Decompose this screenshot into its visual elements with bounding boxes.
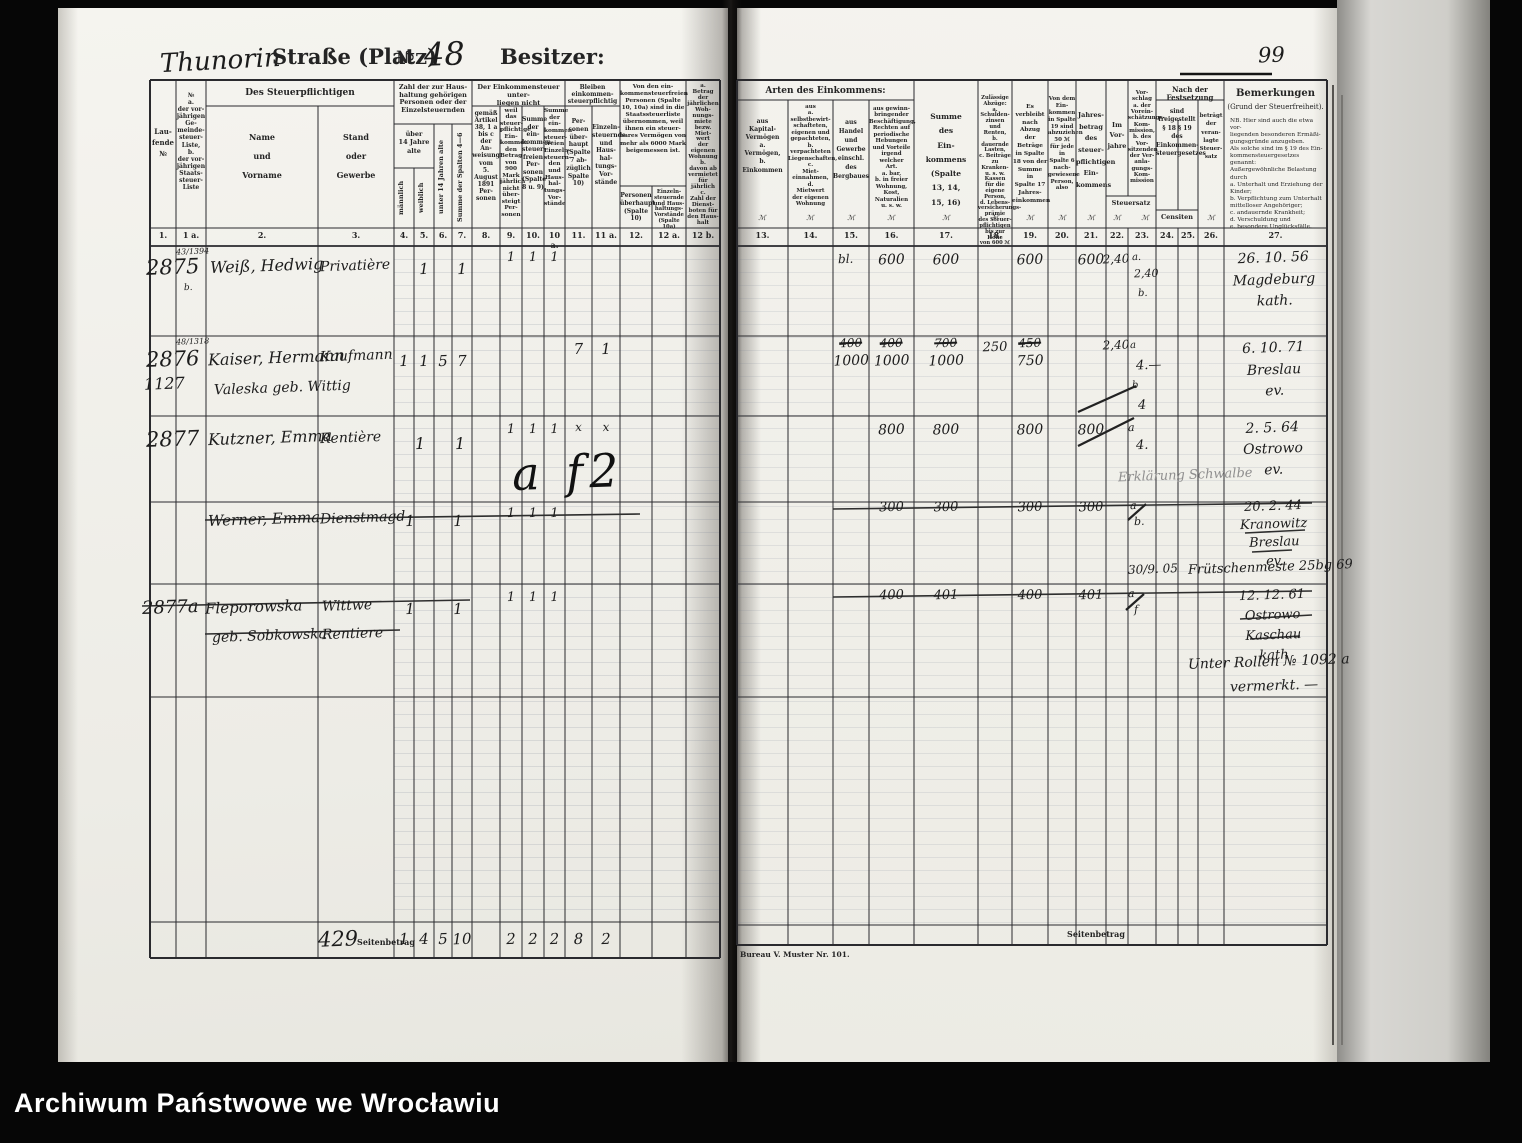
number-sign: № (396, 48, 414, 68)
col-header-weiblich: weiblich (417, 170, 425, 226)
row2-col16: 4001000 (868, 335, 914, 370)
house-number-handwritten: 48 (423, 29, 465, 78)
mark-symbol-21: ℳ (1085, 214, 1097, 222)
colnum-12: 12. (620, 230, 652, 240)
col-header-15: aus Handel und Gewerbe einschl. des Berg… (833, 118, 869, 181)
mark-symbol-20: ℳ (1056, 214, 1068, 222)
group-header-bleiben-pflichtig: Bleiben einkommen- steuerpflichtig (565, 84, 620, 106)
row3-col16: 800 (869, 419, 915, 442)
colnum-16: 16. (869, 230, 914, 240)
mark-symbol-18: ℳ (989, 214, 1001, 222)
colnum-26: 26. (1198, 230, 1224, 240)
col-header-name-vorname: Name und Vorname (206, 128, 318, 186)
col-header-16: aus gewinn- bringender Beschäftigung, Re… (869, 106, 914, 210)
row5-col23-b: f (1134, 602, 1139, 619)
colnum-6: 6. (434, 230, 452, 240)
col-header-27-bemerkungen-sub: (Grund der Steuerfreiheit). (1224, 103, 1327, 111)
row5-col17: 401 (914, 585, 979, 607)
archive-watermark: Archiwum Państwowe we Wrocławiu (14, 1088, 500, 1119)
mark-symbol-14: ℳ (804, 214, 816, 222)
row3-col17: 800 (914, 419, 979, 442)
colnum-24: 24. (1156, 230, 1178, 240)
page-number: 99 (1257, 40, 1285, 72)
row3-col21: 800 (1076, 419, 1107, 441)
row1-name: Weiß, Hedwig (210, 252, 324, 280)
row5-name2: geb. Sobkowska (212, 624, 328, 649)
colnum-10: 10. (522, 230, 544, 240)
row1-col23-b: b. (1138, 286, 1148, 301)
row3-col23-val: 4. (1136, 436, 1149, 456)
colnum-12b: 12 b. (686, 230, 720, 240)
mark-symbol-17: ℳ (940, 214, 952, 222)
row2-col23-b: b (1132, 378, 1139, 393)
col-header-9: weil das steuer- pflichtige Ein- kommen … (500, 108, 522, 218)
group-header-des-steuerpflichtigen: Des Steuerpflichtigen (206, 88, 394, 99)
colnum-1: 1. (150, 230, 176, 240)
row4-col10a: 1 (544, 504, 566, 524)
form-number: Bureau V. Muster Nr. 101. (740, 950, 880, 959)
row4-col23-b: b. (1134, 514, 1145, 531)
row5-lfd: 2877a (142, 593, 199, 622)
colnum-17: 17. (914, 230, 978, 240)
row1-remark: 26. 10. 56 Magdeburg kath. (1223, 246, 1325, 315)
col-header-unter-14: unter 14 Jahren alte (437, 128, 445, 226)
mark-symbol-15: ℳ (845, 214, 857, 222)
totals-col10a: 2 (544, 928, 566, 951)
row4-col23-a: a (1130, 498, 1137, 515)
totals-col9: 2 (500, 928, 523, 951)
row3-col19: 800 (1012, 419, 1049, 441)
col-header-maennlich: männlich (397, 170, 405, 226)
row4-col16: 300 (869, 497, 915, 518)
fine-ruled-grid-left (394, 246, 720, 920)
col-header-18: Zulässige Abzüge: a. Schulden- zinsen un… (978, 96, 1012, 247)
col-header-stand-gewerbe: Stand oder Gewerbe (318, 128, 394, 186)
group-header-uebernommen: Von den ein- kommensteuerfreien Personen… (620, 84, 686, 155)
row5-note2: vermerkt. — (1230, 674, 1319, 698)
row1-stand: Privatière (320, 255, 391, 278)
col-header-21: Jahres- betrag des steuer- pflichtigen E… (1076, 110, 1106, 192)
col-header-summe-4-6: Summe der Spalten 4—6 (456, 128, 464, 226)
page-stack-edge (1337, 0, 1490, 1062)
col-header-laufende-nr: Lau- fende № (150, 126, 176, 160)
row3-col7: 1 (450, 432, 471, 457)
row2-col15: 4001000 (832, 335, 869, 370)
row2-col6: 5 (434, 350, 453, 373)
row2-col23-a: a (1130, 338, 1136, 353)
row5-stand2: Rentiere (322, 623, 384, 646)
row2-col18: 250 (978, 337, 1013, 358)
colnum-1a: 1 a. (176, 230, 206, 240)
subgroup-header-ueber-14: über 14 Jahre alte (394, 130, 434, 155)
colnum-25: 25. (1178, 230, 1198, 240)
row5-col23-a: a (1128, 586, 1135, 603)
col-header-26: beträgt der veran- lagte Steuer- satz (1198, 112, 1224, 162)
row3-col11a-x: x (592, 418, 621, 437)
row3-col10: 1 (522, 420, 545, 440)
colnum-5: 5. (414, 230, 434, 240)
row5-col4: 1 (400, 598, 421, 621)
col-header-11: Per- sonen über- haupt (Spalte 7 ab- züg… (565, 118, 592, 188)
colnum-13: 13. (737, 230, 788, 240)
row1-col15: bl. (838, 250, 854, 269)
totals-label-right: Seitenbetrag (1066, 930, 1126, 940)
row2-col5: 1 (414, 350, 435, 373)
row3-stand: Rentière (320, 427, 382, 450)
row2-stand: Kaufmann (320, 345, 393, 369)
row1-col16: 600 (869, 249, 915, 272)
group-header-arten-des-einkommens: Arten des Einkommens: (737, 86, 914, 97)
colnum-8: 8. (472, 230, 500, 240)
totals-col4: 1 (394, 928, 415, 951)
col-header-20: Von dem Ein- kommen in Spalte 19 sind ab… (1048, 96, 1076, 192)
row1-col19: 600 (1012, 249, 1049, 271)
group-header-haushaltszahl: Zahl der zur Haus- haltung gehörigen Per… (394, 84, 472, 115)
colnum-14: 14. (788, 230, 833, 240)
row2-lfd2: 1127 (144, 371, 186, 396)
colnum-2: 2. (206, 230, 318, 240)
row2-col11: 7 (565, 338, 593, 361)
mark-symbol-22: ℳ (1111, 214, 1123, 222)
col-header-12: Personen überhaupt (Spalte 10) (620, 192, 652, 223)
row4-note-date: 30/9. 05 (1128, 559, 1178, 579)
subheader-steuersatz: Steuersatz (1106, 200, 1156, 208)
row4-name: Werner, Emma (208, 506, 321, 532)
row3-large-overlay-mark: a f2 (511, 436, 626, 509)
row3-col5: 1 (410, 432, 431, 457)
row1-col23-a: a. (1132, 250, 1142, 265)
totals-col7: 10 (452, 928, 473, 951)
row1-list-b: b. (184, 282, 193, 296)
mark-symbol-23: ℳ (1139, 214, 1151, 222)
row3-col23-a: a (1128, 420, 1135, 437)
row2-col7: 7 (452, 350, 473, 373)
colnum-23: 23. (1128, 230, 1156, 240)
row1-col9: 1 (500, 248, 523, 268)
col-header-23-vorschlag: Vor- schlag a. der Vorein- schätzungs- K… (1128, 90, 1156, 185)
row1-col10: 1 (522, 248, 545, 268)
totals-col5: 4 (414, 928, 435, 951)
row3-name: Kutzner, Emma (208, 424, 333, 452)
totals-col11: 8 (565, 928, 593, 951)
colnum-9: 9. (500, 230, 522, 240)
row4-col4: 1 (400, 510, 421, 533)
col-header-13: aus Kapital- Vermögen a. Vermögen, b. Ei… (737, 118, 788, 175)
colnum-11: 11. (565, 230, 592, 240)
row5-col9: 1 (500, 588, 523, 608)
owner-label: Besitzer: (500, 44, 605, 69)
col-header-19: Es verbleibt nach Abzug der Beträge in S… (1012, 104, 1048, 206)
row3-lfd: 2877 (145, 423, 200, 456)
row1-col7: 1 (452, 258, 473, 281)
colnum-20: 20. (1048, 230, 1076, 240)
row1-col10a: 1 (544, 248, 566, 268)
row1-col22: 2,40 (1102, 250, 1131, 269)
row2-col4: 1 (394, 350, 415, 373)
col-header-12b-wohnungsmiete: a. Betrag der jährlichen Woh- nungs- mie… (686, 84, 720, 227)
col-header-27-bemerkungen-title: Bemerkungen (1224, 88, 1327, 100)
row2-col23-val-a: 4.— (1136, 356, 1162, 376)
row3-col11-x: x (565, 418, 593, 437)
row5-col7: 1 (448, 598, 469, 621)
colnum-21: 21. (1076, 230, 1106, 240)
colnum-3: 3. (318, 230, 394, 240)
col-header-10: Summe der ein- kommen- steuer- freien Pe… (522, 116, 544, 191)
colnum-19: 19. (1012, 230, 1048, 240)
totals-col6: 5 (434, 928, 453, 951)
colnum-27: 27. (1224, 230, 1327, 240)
row5-col16: 400 (869, 585, 915, 606)
col-header-12a: Einzeln- steuernde und Haus- haltungs- V… (652, 190, 686, 231)
row2-col19: 450750 (1011, 335, 1048, 370)
mark-symbol-26: ℳ (1205, 214, 1217, 222)
street-name-handwritten: Thunorin (159, 39, 282, 84)
col-header-27-bemerkungen-text: NB. Hier sind auch die etwa vor- liegend… (1230, 118, 1324, 231)
row5-col21: 401 (1076, 585, 1107, 606)
colnum-4: 4. (394, 230, 414, 240)
row1-col23-val: 2,40 (1134, 266, 1159, 283)
row4-col10: 1 (522, 504, 545, 524)
colnum-11a: 11 a. (592, 230, 620, 240)
totals-col10: 2 (522, 928, 545, 951)
subheader-censiten: Censiten (1156, 214, 1198, 222)
col-header-8: gemäß Artikel 38, 1 a bis c der An- weis… (472, 110, 500, 202)
row4-col7: 1 (448, 510, 469, 533)
row4-col9: 1 (500, 504, 523, 524)
row2-list-no: 48/1318 (176, 335, 210, 348)
row2-col11a: 1 (592, 338, 621, 361)
mark-symbol-13: ℳ (756, 214, 768, 222)
mark-symbol-19: ℳ (1024, 214, 1036, 222)
col-header-24-25-freigestellt: sind freigestellt § 18 § 19 des Einkomme… (1156, 108, 1198, 158)
colnum-18: 18. (978, 230, 1012, 240)
row1-col5: 1 (414, 258, 435, 281)
col-header-11a: Einzeln- steuernde und Haus- hal- tungs-… (592, 124, 620, 186)
mark-symbol-16: ℳ (885, 214, 897, 222)
row5-col19: 400 (1012, 585, 1049, 606)
row5-col10a: 1 (544, 588, 566, 608)
colnum-15: 15. (833, 230, 869, 240)
row3-col9: 1 (500, 420, 523, 440)
row2-remark: 6. 10. 71 Breslau ev. (1223, 336, 1325, 405)
row1-col17: 600 (914, 249, 979, 272)
row5-stand: Wittwe (322, 595, 373, 618)
group-header-steuerfrei: Der Einkommensteuer unter- liegen nicht (472, 84, 565, 107)
row1-list-no: 43/1394 (176, 245, 210, 258)
totals-handwritten-429: 429 (317, 923, 358, 956)
archival-document-scan: Thunorin Straße (Platz) № 48 Besitzer: 9… (0, 0, 1522, 1143)
row5-name: Fleporowska (205, 594, 303, 620)
group-header-nach-der-festsetzung: Nach der Festsetzung (1156, 86, 1224, 103)
col-header-22-im-vorjahre: Im Vor- jahre (1106, 120, 1128, 151)
row4-col17: 300 (914, 497, 979, 519)
colnum-22: 22. (1106, 230, 1128, 240)
col-header-10a: Summe der ein- kommen- steuer- freien Ei… (544, 108, 565, 208)
row2-col23-val-b: 4 (1138, 396, 1147, 416)
row2-col17: 7001000 (913, 335, 978, 371)
row5-col10: 1 (522, 588, 545, 608)
row3-col10a: 1 (544, 420, 566, 440)
col-header-vorjahres-listen: № a. der vor- jährigen Ge- meinde- steue… (176, 92, 206, 191)
row4-stand: Dienstmagd (320, 507, 406, 531)
col-header-17: Summe des Ein- kommens (Spalte 13, 14, 1… (914, 110, 978, 210)
col-header-14: aus a. selbstbewirt- schafteten, eigenen… (788, 104, 833, 208)
colnum-7: 7. (452, 230, 472, 240)
row4-col21: 300 (1076, 497, 1107, 518)
totals-col11a: 2 (592, 928, 621, 951)
colnum-12a: 12 a. (652, 230, 686, 240)
row2-col22: 2,40 (1102, 336, 1131, 355)
row4-col19: 300 (1012, 497, 1049, 518)
